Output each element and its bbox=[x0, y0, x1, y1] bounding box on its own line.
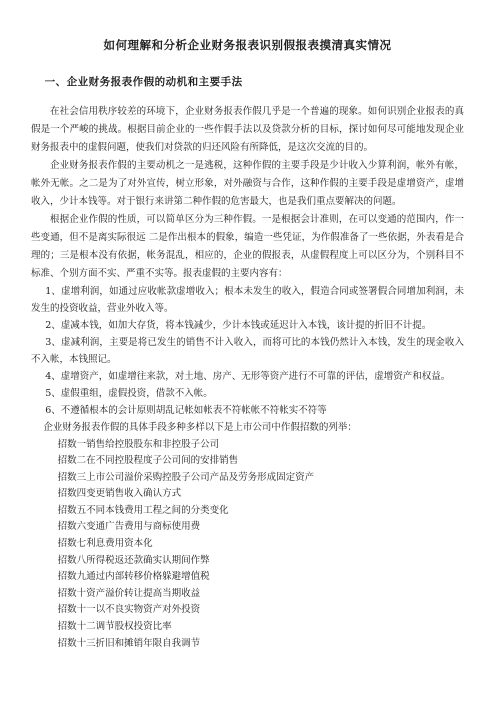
trick-item: 招数十二调节股权投资比率 bbox=[31, 619, 464, 636]
trick-item: 招数五不同本钱费用工程之间的分类变化 bbox=[31, 503, 464, 520]
numbered-item: 1、虚增利润，如通过应收帐款虚增收入；根本未发生的收入，假造合同或签署假合同增加… bbox=[31, 283, 464, 317]
tricks-list: 招数一销售给控股股东和非控股子公司招数二在不同控股程度子公司间的安排销售招数三上… bbox=[31, 437, 464, 653]
numbered-item: 4、虚增资产，如虚增往来款，对土地、房产、无形等资产进行不可靠的评估，虚增资产和… bbox=[31, 368, 464, 385]
numbered-item: 6、不遵循根本的会计原则胡乱记帐如帐表不符帐帐不符帐实不符等 bbox=[31, 402, 464, 419]
document-page: 如何理解和分析企业财务报表识别假报表摸清真实情况 一、企业财务报表作假的动机和主… bbox=[0, 0, 500, 707]
numbered-item: 5、虚假重组，虚假投资，借款不入帐。 bbox=[31, 385, 464, 402]
trick-item: 招数一销售给控股股东和非控股子公司 bbox=[31, 437, 464, 454]
document-body: 在社会信用秩序较差的环境下，企业财务报表作假几乎是一个普遍的现象。如何识别企业报… bbox=[31, 103, 464, 652]
trick-item: 招数九通过内部转移价格躲避增值税 bbox=[31, 569, 464, 586]
intro-paragraphs: 在社会信用秩序较差的环境下，企业财务报表作假几乎是一个普遍的现象。如何识别企业报… bbox=[31, 103, 464, 283]
numbered-item: 2、虚减本钱，如加大存货，将本钱减少，少计本钱或延迟计入本钱，该计提的折旧不计提… bbox=[31, 317, 464, 334]
trick-item: 招数六变通广告费用与商标使用费 bbox=[31, 519, 464, 536]
trick-item: 招数八所得税返还款确实认期间作弊 bbox=[31, 553, 464, 570]
trick-item: 招数二在不同控股程度子公司间的安排销售 bbox=[31, 453, 464, 470]
section-heading: 一、企业财务报表作假的动机和主要手法 bbox=[31, 75, 464, 89]
trick-item: 招数四变更销售收入确认方式 bbox=[31, 486, 464, 503]
paragraph: 根据企业作假的性质，可以简单区分为三种作假。一是根据会计准则，在可以变通的范围内… bbox=[31, 211, 464, 283]
tricks-intro: 企业财务报表作假的具体手段多种多样以下是上市公司中作假招数的列举： bbox=[31, 419, 464, 437]
trick-item: 招数七利息费用资本化 bbox=[31, 536, 464, 553]
numbered-item: 3、虚减利润，主要是将已发生的销售不计入收入，而将可比的本钱仍然计入本钱，发生的… bbox=[31, 334, 464, 368]
paragraph: 在社会信用秩序较差的环境下，企业财务报表作假几乎是一个普遍的现象。如何识别企业报… bbox=[31, 103, 464, 157]
numbered-list: 1、虚增利润，如通过应收帐款虚增收入；根本未发生的收入，假造合同或签署假合同增加… bbox=[31, 283, 464, 419]
trick-item: 招数十三折旧和摊销年限自我调节 bbox=[31, 636, 464, 653]
paragraph: 企业财务报表作假的主要动机之一是逃税，这种作假的主要手段是少计收入少算利润，帐外… bbox=[31, 157, 464, 211]
trick-item: 招数三上市公司溢价采购控股子公司产品及劳务形成固定资产 bbox=[31, 470, 464, 487]
trick-item: 招数十资产溢价转让提高当期收益 bbox=[31, 586, 464, 603]
trick-item: 招数十一以不良实物资产对外投资 bbox=[31, 602, 464, 619]
document-title: 如何理解和分析企业财务报表识别假报表摸清真实情况 bbox=[31, 38, 464, 52]
